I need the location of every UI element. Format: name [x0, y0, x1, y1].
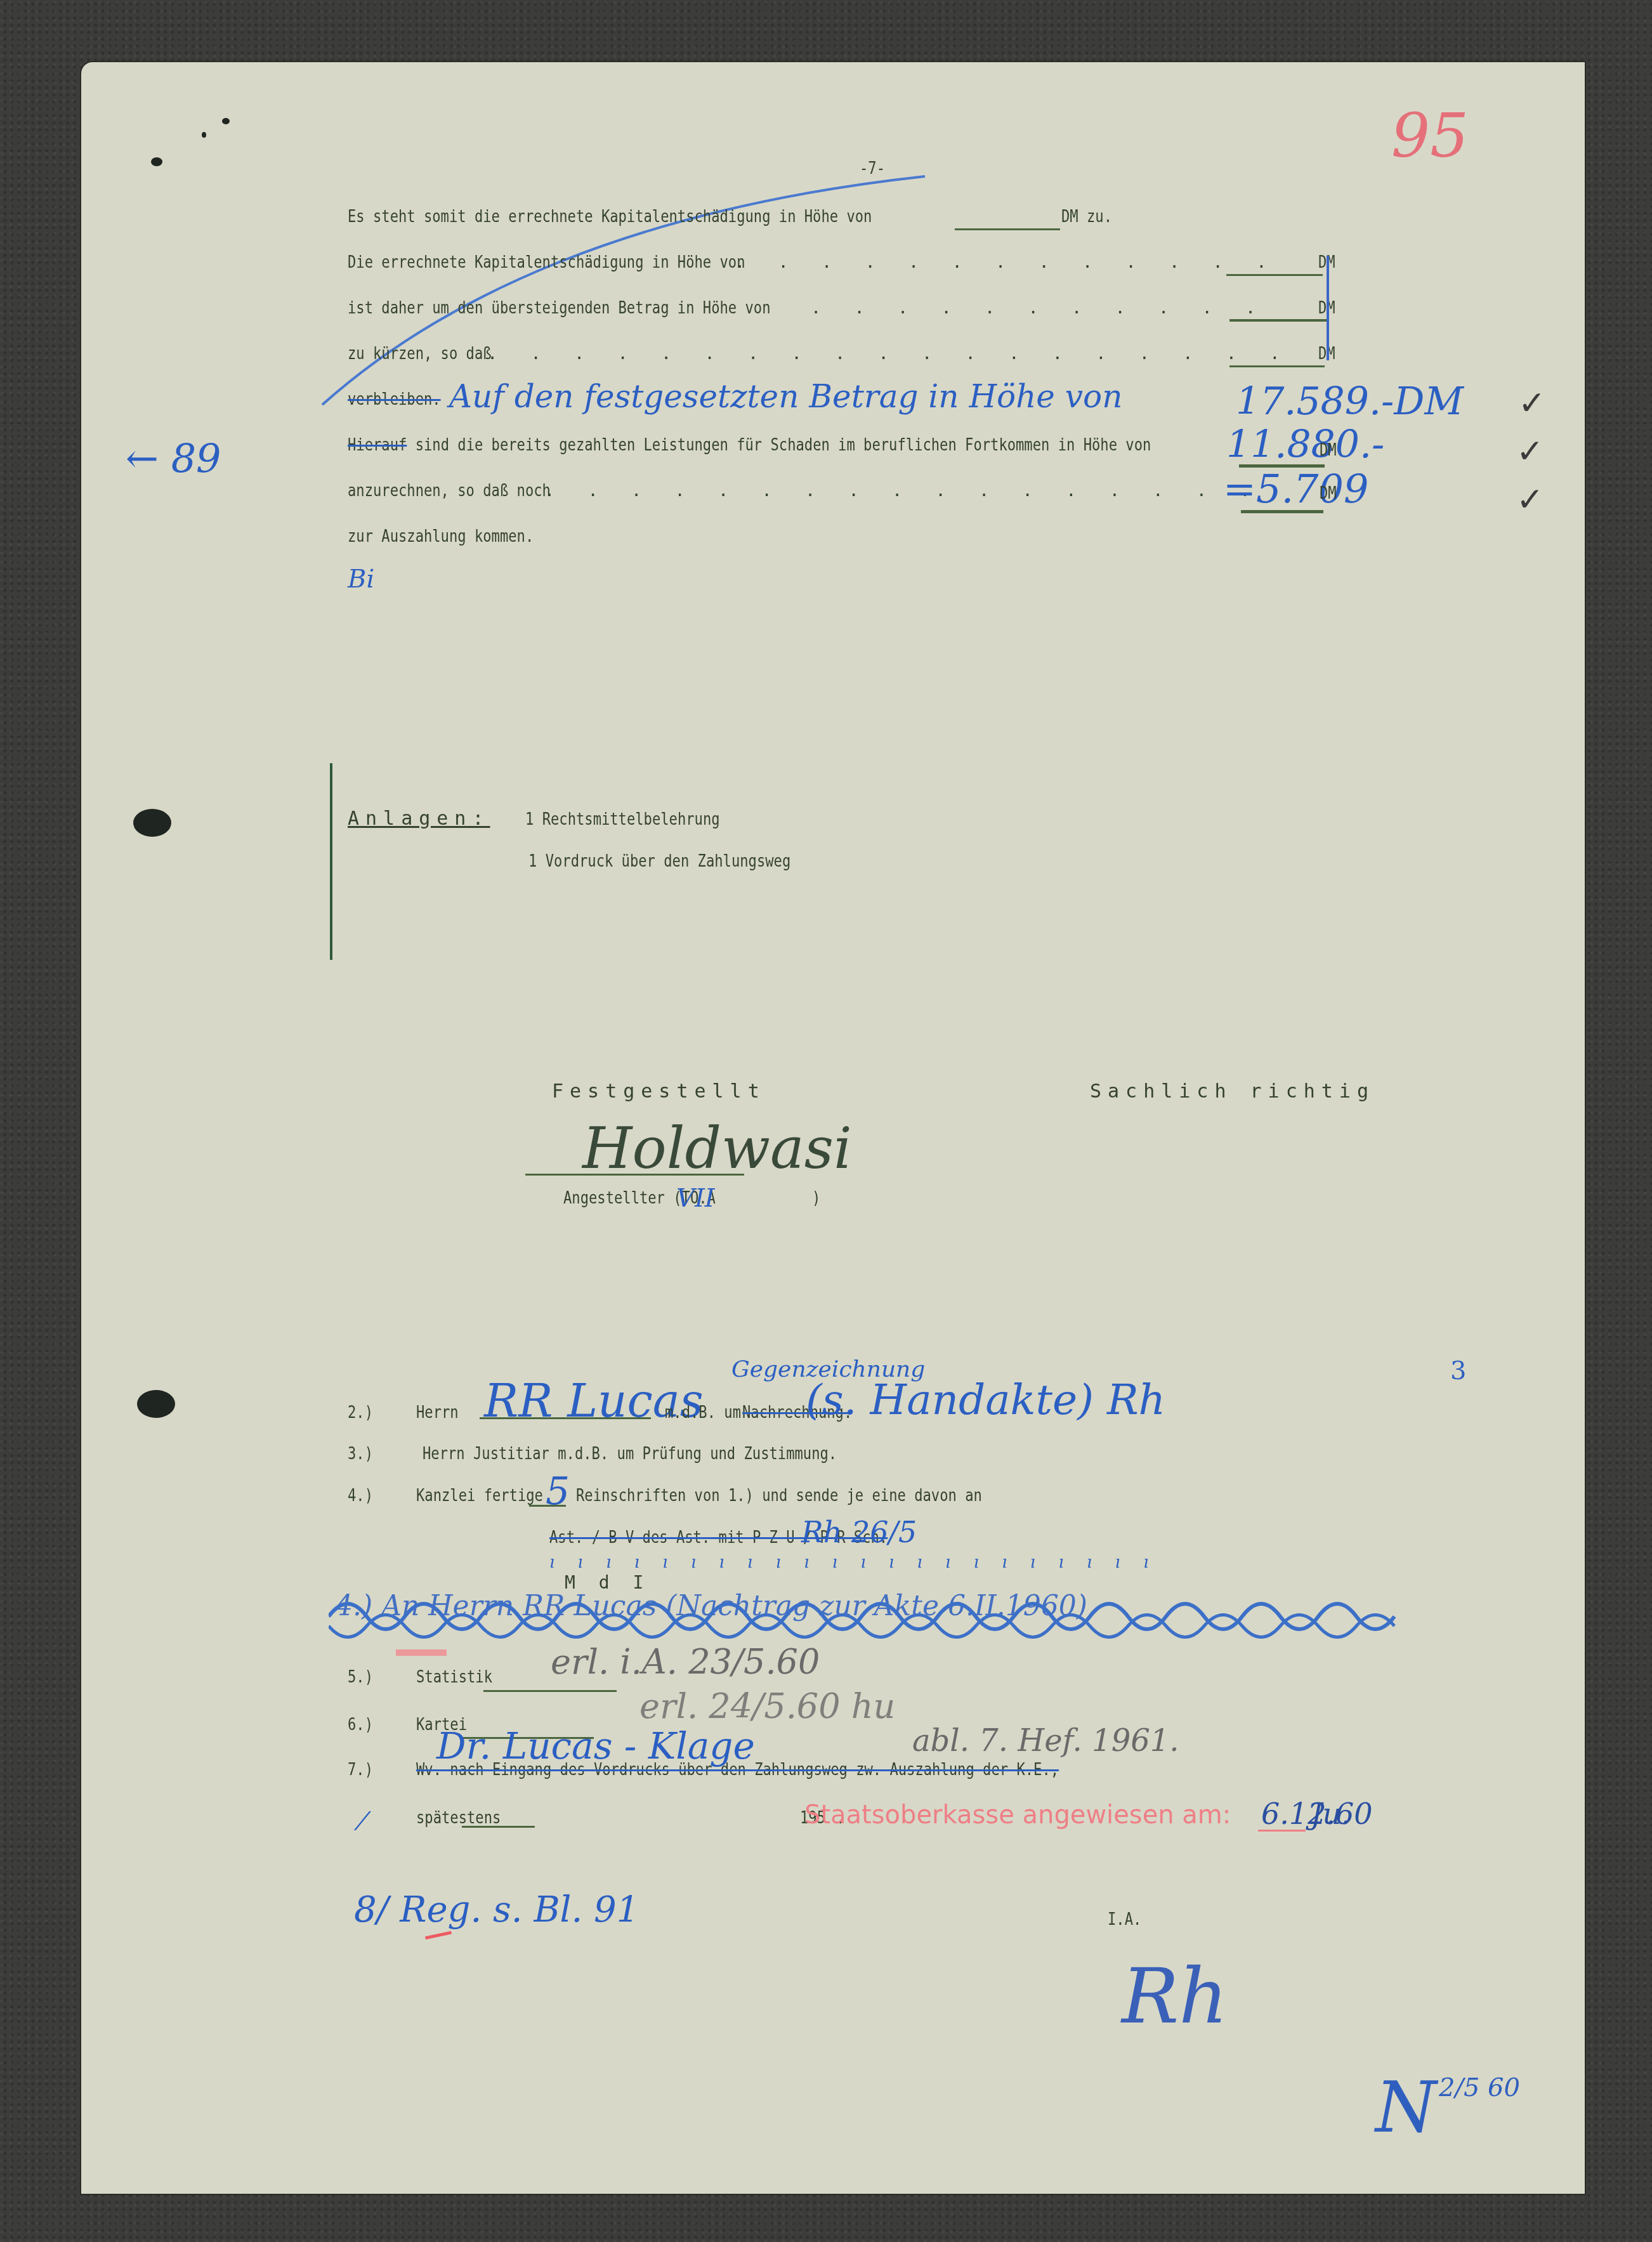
amount-paid: 11.880.- — [1226, 423, 1384, 467]
instr-3-num: 3.) — [348, 1444, 373, 1464]
employee-grade-value: VII — [676, 1184, 715, 1213]
instr-5-num: 5.) — [348, 1667, 373, 1687]
ia-signature: Rh — [1122, 1953, 1228, 2041]
count-underline — [529, 1505, 566, 1507]
instr-3-text: Herrn Justitiar m.d.B. um Prüfung und Zu… — [423, 1444, 837, 1464]
instr-4-num: 4.) — [348, 1486, 373, 1505]
deadline-date-blank — [462, 1826, 535, 1828]
amount-blank-2 — [1226, 274, 1323, 276]
ia-label: I.A. — [1108, 1910, 1141, 1929]
unit-dm: DM — [1320, 440, 1337, 460]
amount-blank-1 — [955, 228, 1060, 230]
calc-line-6-text: sind die bereits gezahlten Leistungen fü… — [416, 435, 1151, 455]
instr-4-count: 5 — [546, 1469, 570, 1514]
leader-dots: . . . . . . . . . . . . . . . . . . . — [487, 344, 1280, 364]
unit-dm: DM — [1320, 483, 1337, 503]
instr-2-handakte-note: (s. Handakte) Rh — [806, 1375, 1165, 1424]
instr-6-pencil-note: erl. 24/5.60 hu — [639, 1686, 895, 1726]
instr-7-pencil-note: abl. 7. Hef. 1961. — [912, 1723, 1179, 1759]
attachments-bracket — [330, 763, 332, 960]
calc-line-3: ist daher um den übersteigenden Betrag i… — [348, 298, 770, 318]
handwritten-insert-festgesetzt: Auf den festgesetzten Betrag in Höhe von — [449, 378, 1122, 415]
statistik-underline — [483, 1690, 617, 1692]
calc-line-2: Die errechnete Kapitalentschädigung in H… — [348, 252, 745, 272]
instr-7-struck: Wv. nach Eingang des Vordrucks über den … — [416, 1760, 1059, 1780]
employee-grade-close: ) — [812, 1188, 820, 1208]
deadline-strike-mark: ⁄ — [360, 1807, 365, 1836]
leader-dots: . . . . . . . . . . . . . — [811, 298, 1280, 318]
scribble-strike-icon — [329, 1578, 1407, 1661]
dashed-ink-marks: ı ı ı ı ı ı ı ı ı ı ı ı ı ı ı ı ı ı ı ı … — [549, 1553, 1158, 1572]
calc-line-8: zur Auszahlung kommen. — [348, 527, 534, 546]
instr-6-num: 6.) — [348, 1715, 373, 1734]
stamp-date-underline — [1258, 1830, 1306, 1832]
bottom-date: 2/5 60 — [1439, 2073, 1520, 2102]
punch-hole-bottom — [137, 1390, 175, 1418]
instr-5-pencil-note: erl. i.A. 23/5.60 — [551, 1642, 820, 1682]
struck-verbleiben: verbleiben. — [348, 390, 441, 409]
instr-7-num: 7.) — [348, 1760, 373, 1780]
register-note: 8/ Reg. s. Bl. 91 — [354, 1889, 639, 1931]
diagonal-strike-line — [316, 170, 950, 411]
calc-line-6: Hierauf sind die bereits gezahlten Leist… — [348, 435, 1151, 455]
amount-blank-4 — [1229, 365, 1325, 367]
ink-speck — [222, 118, 230, 124]
ink-speck — [151, 157, 162, 166]
checkmark-icon: ✓ — [1518, 384, 1546, 423]
instr-5-text: Statistik — [416, 1667, 492, 1687]
bottom-initial: N — [1375, 2067, 1436, 2148]
calc-line-4: zu kürzen, so daß — [348, 344, 492, 364]
checkmark-icon: ✓ — [1516, 433, 1544, 471]
instr-4a-initial: Rh 26/5 — [801, 1515, 917, 1549]
red-underline-mark — [396, 1649, 447, 1656]
instr-4-text: Kanzlei fertige — [416, 1486, 543, 1505]
punch-hole-top — [133, 809, 171, 837]
document-page: 95 -7- Es steht somit die errechnete Kap… — [81, 62, 1585, 2194]
struck-hierauf: Hierauf — [348, 435, 407, 455]
festgestellt-label: Festgestellt — [552, 1080, 766, 1103]
calc-line-1-suffix: DM zu. — [1061, 207, 1112, 226]
amount-festgesetzt: 17.589.-DM — [1236, 379, 1464, 424]
sachlich-richtig-label: Sachlich richtig — [1090, 1080, 1375, 1103]
register-red-underline — [425, 1931, 452, 1940]
amount-remaining: =5.709 — [1223, 466, 1368, 512]
signature-holdwasi: Holdwasi — [582, 1115, 852, 1182]
handwritten-initial: Bi — [348, 565, 374, 594]
payment-stamp: Staatsoberkasse angewiesen am: — [804, 1800, 1231, 1830]
deadline-label: spätestens — [416, 1808, 501, 1828]
signature-line — [525, 1174, 744, 1176]
dm-column-strike — [1327, 256, 1329, 360]
name-underline — [480, 1417, 651, 1419]
instr-2-num: 2.) — [348, 1403, 373, 1422]
instr-2-superscript: 3 — [1450, 1356, 1466, 1386]
instr-4-text-after: Reinschriften von 1.) und sende je eine … — [576, 1486, 982, 1505]
leader-dots: . . . . . . . . . . . . . . . . . — [544, 481, 1280, 501]
amount-underline-7 — [1241, 510, 1323, 513]
margin-note-89: ← 89 — [126, 435, 221, 482]
folio-number: 95 — [1391, 100, 1469, 171]
amount-blank-3 — [1229, 319, 1328, 322]
leader-dots: . . . . . . . . . . . . . . . . . . . . … — [735, 252, 1280, 272]
calc-line-1: Es steht somit die errechnete Kapitalent… — [348, 207, 872, 226]
calc-line-7: anzurechnen, so daß noch — [348, 481, 551, 501]
instr-2-text: m.d.B. um — [665, 1403, 741, 1422]
stamp-initial: Ju. — [1311, 1797, 1351, 1831]
checkmark-icon: ✓ — [1516, 481, 1544, 519]
attachments-label: Anlagen: — [348, 808, 490, 830]
ink-speck — [202, 132, 206, 138]
attachment-item-1: 1 Rechtsmittelbelehrung — [525, 810, 720, 829]
attachment-item-2: 1 Vordruck über den Zahlungsweg — [528, 851, 790, 871]
instr-2-prefix: Herrn — [416, 1403, 459, 1422]
